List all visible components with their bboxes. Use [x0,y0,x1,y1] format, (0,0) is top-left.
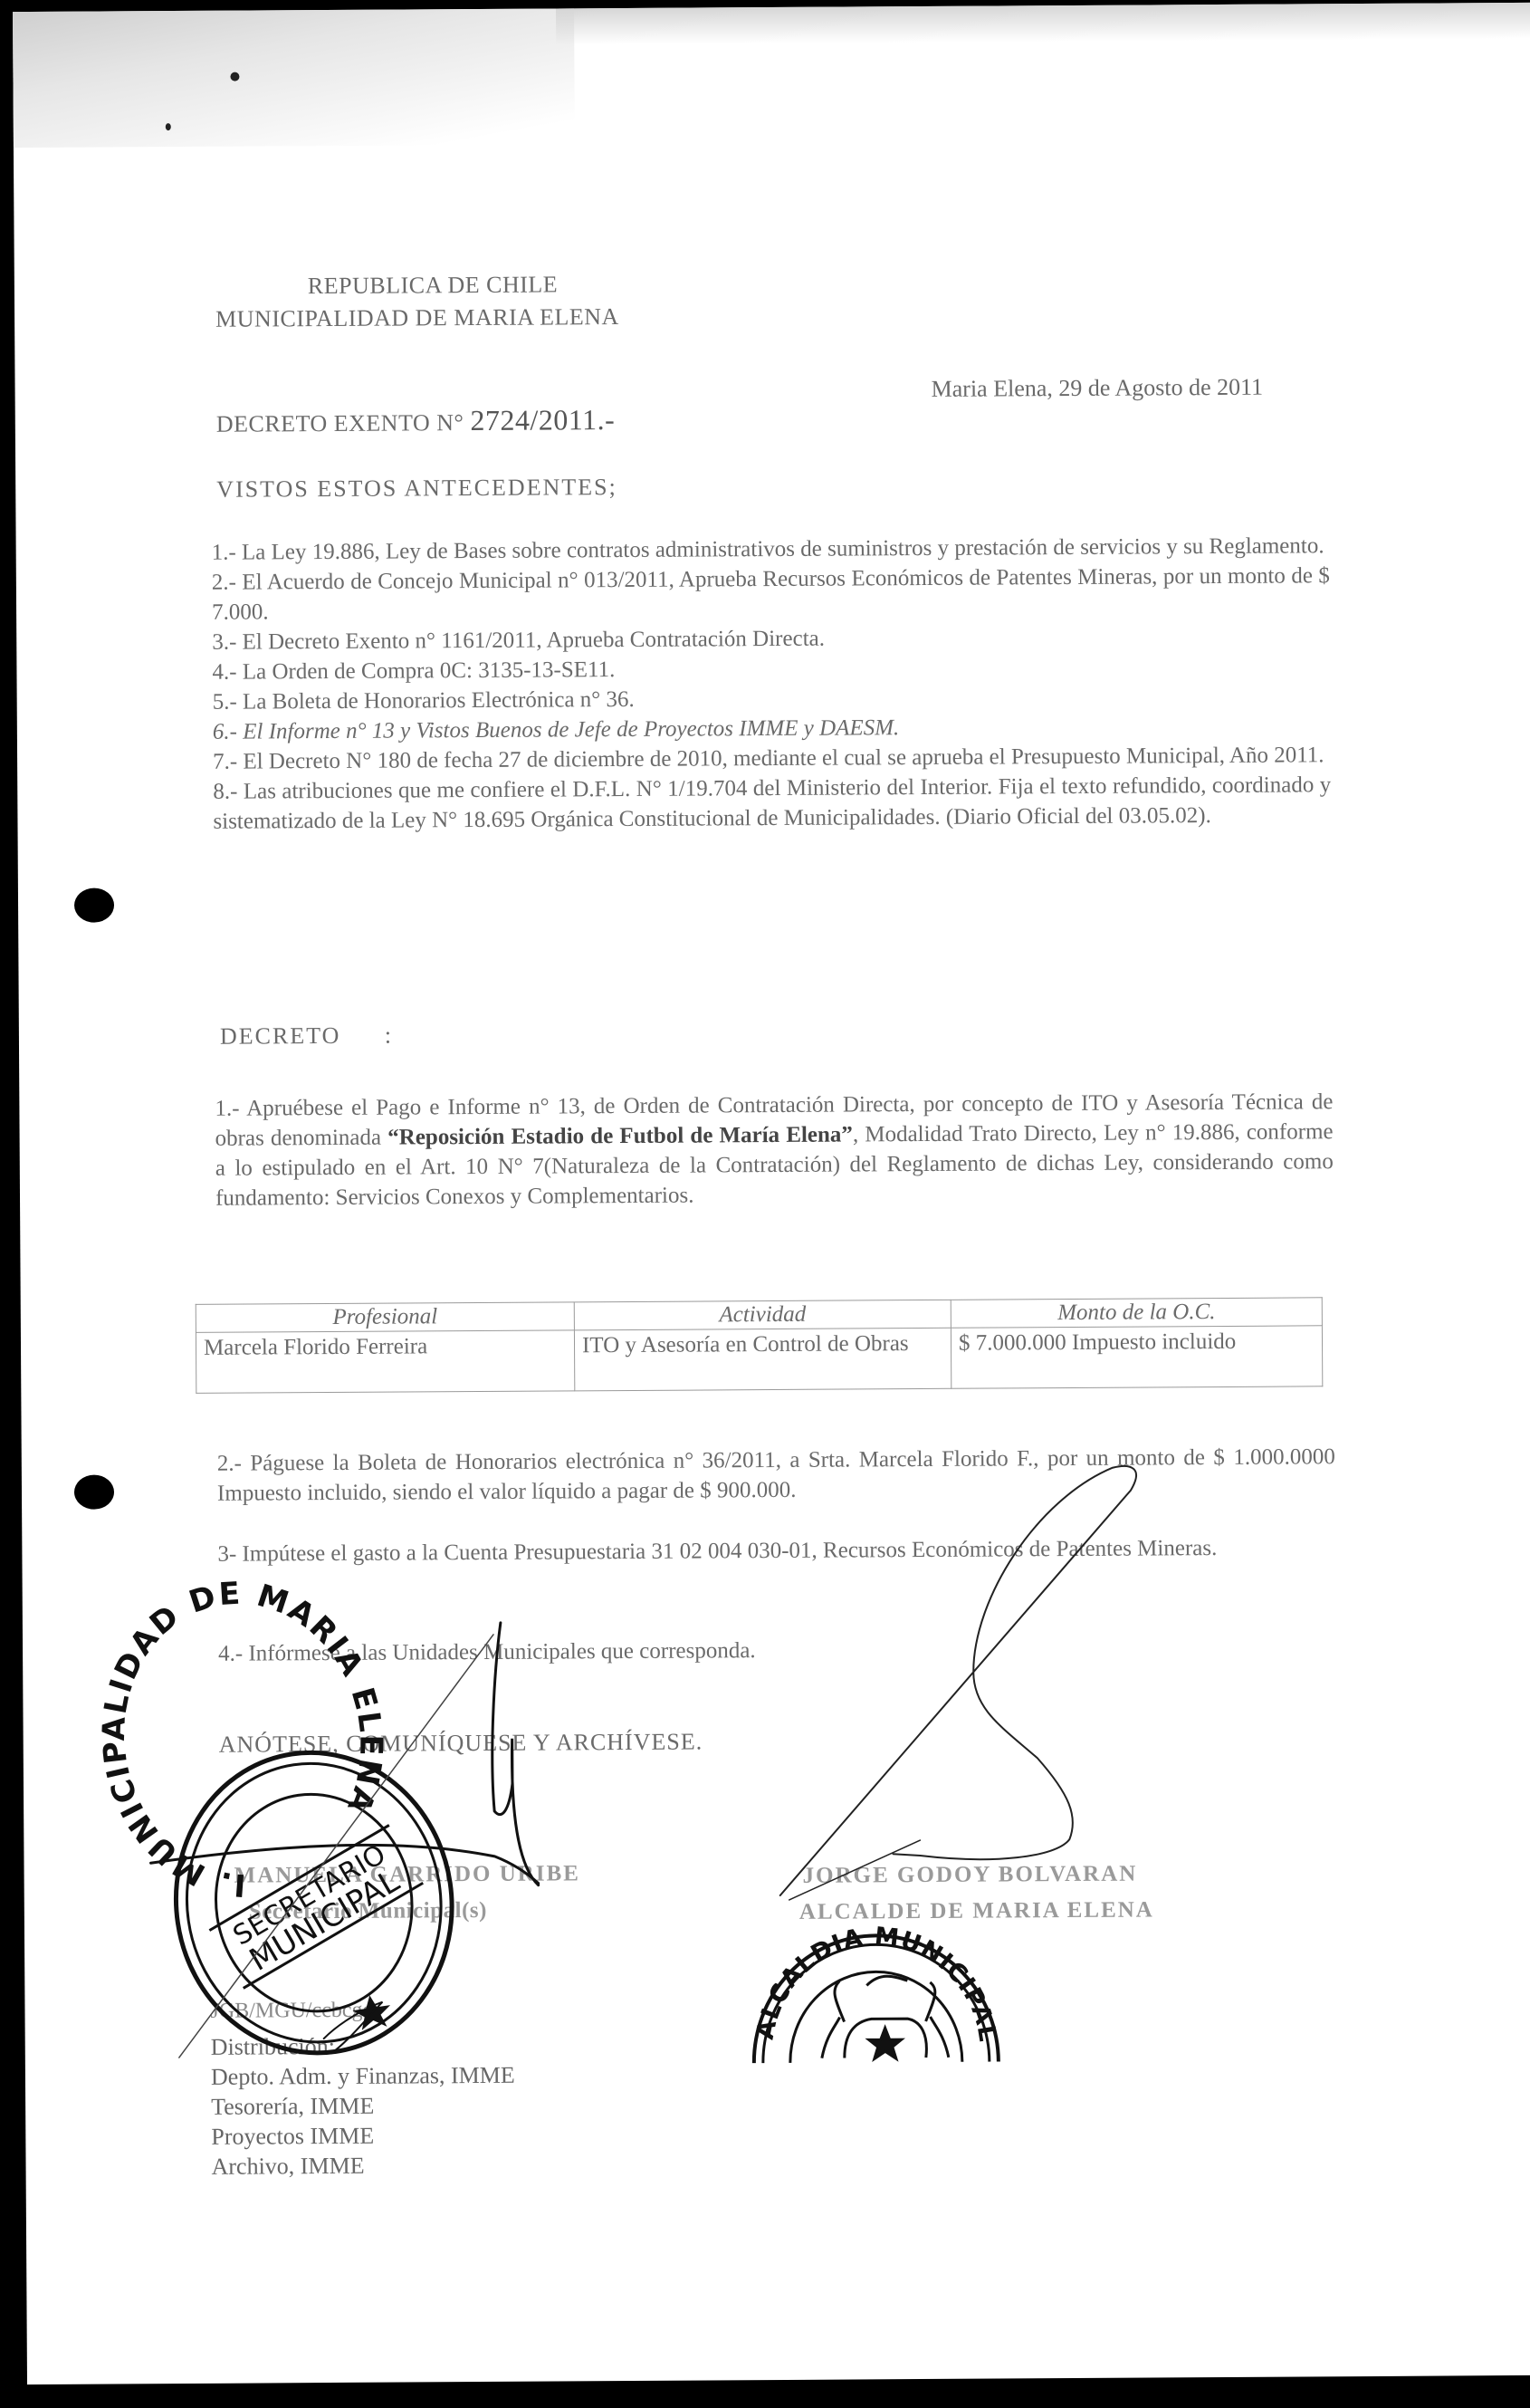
secretary-stamp: I. MUNICIPALIDAD DE MARIA ELENA SECRETAR… [74,1549,472,2079]
decree-document: REPUBLICA DE CHILE MUNICIPALIDAD DE MARI… [13,3,1530,2384]
right-signature [778,1466,1139,1900]
scanned-page: REPUBLICA DE CHILE MUNICIPALIDAD DE MARI… [13,3,1530,2384]
svg-text:ALCALDIA MUNICIPAL: ALCALDIA MUNICIPAL [751,1922,1002,2046]
coat-of-arms-icon [821,1976,949,2059]
alcaldia-stamp-ring-text: ALCALDIA MUNICIPAL [751,1922,1002,2046]
alcaldia-stamp: ALCALDIA MUNICIPAL [751,1922,1002,2063]
stamps-and-signatures: I. MUNICIPALIDAD DE MARIA ELENA SECRETAR… [13,3,1530,2384]
